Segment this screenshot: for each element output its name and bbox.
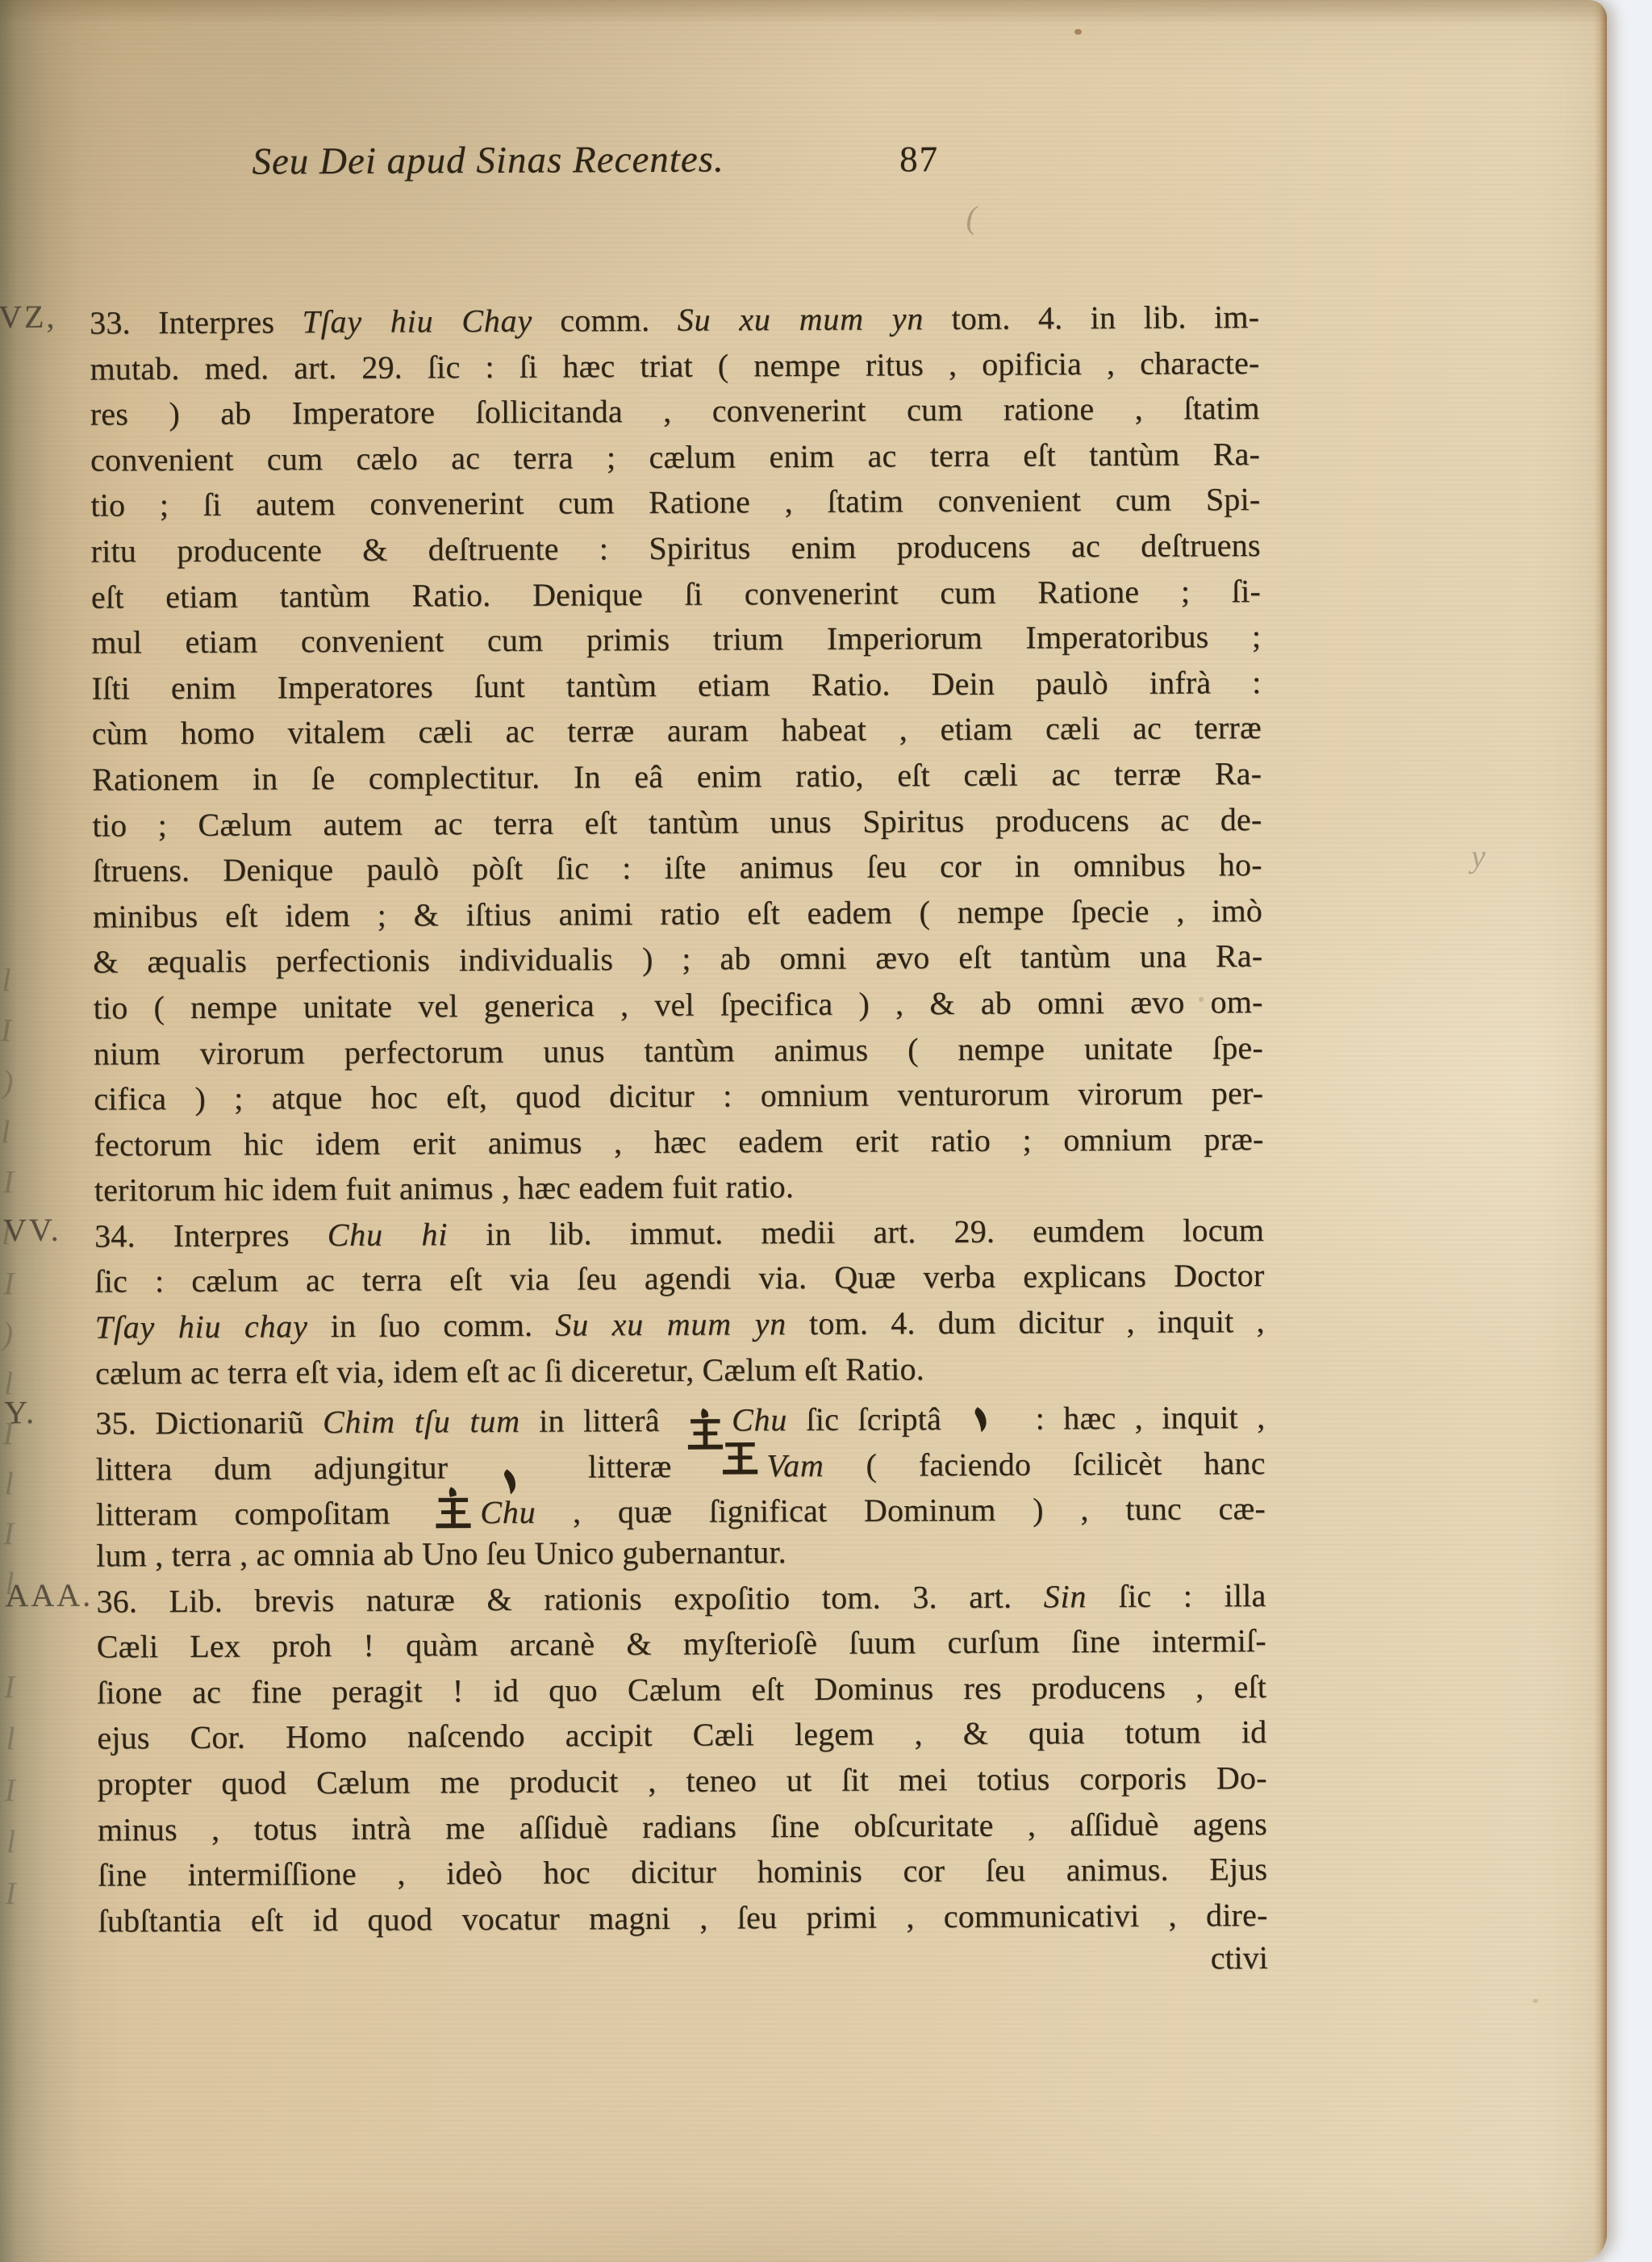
hanzi-dot-glyph xyxy=(501,1467,522,1497)
text-line: eſt etiam tantùm Ratio. Denique ſi conve… xyxy=(91,569,1261,620)
text-line: propter quod Cælum me producit , teneo u… xyxy=(98,1755,1267,1807)
running-header-title: Seu Dei apud Sinas Recentes. xyxy=(89,136,887,184)
margin-ghost-marks: (ylI)lIlI)lIlIlIlIlI xyxy=(0,0,1602,4)
text-line: ſubſtantia eſt id quod vocatur magni , ſ… xyxy=(98,1893,1267,1944)
text-block: VZ,33. Interpres Tſay hiu Chay comm. Su … xyxy=(90,294,1268,1944)
text-line: nium virorum perfectorum unus tantùm ani… xyxy=(94,1025,1263,1077)
text-run: fectorum hic idem erit animus , hæc eade… xyxy=(94,1121,1263,1163)
text-run: in litterâ xyxy=(520,1402,678,1439)
text-line: Iſti enim Imperatores ſunt tantùm etiam … xyxy=(91,660,1261,712)
hanzi-wang-glyph xyxy=(720,1433,759,1478)
text-run: Cæli Lex proh ! quàm arcanè & myſterioſè… xyxy=(97,1622,1266,1665)
margin-ghost-mark: l xyxy=(2,1214,10,1252)
margin-ghost-mark: I xyxy=(3,1264,15,1302)
paragraph: AAA.36. Lib. brevis naturæ & rationis ex… xyxy=(96,1573,1267,1944)
romanization: Tſay hiu chay xyxy=(95,1308,308,1345)
text-line: tio ; Cælum autem ac terra eſt tantùm un… xyxy=(92,797,1262,849)
romanization: Su xu mum yn xyxy=(555,1305,786,1343)
catchword: ctivi xyxy=(1211,1939,1268,1976)
text-run: convenient cum cælo ac terra ; cælum eni… xyxy=(90,436,1260,478)
text-run: ſtruens. Denique paulò pòſt ſic : iſte a… xyxy=(93,846,1262,889)
text-run: in lib. immut. medii art. 29. eumdem loc… xyxy=(448,1212,1264,1252)
text-run: minus , totus intrà me aſſiduè radians ſ… xyxy=(98,1805,1267,1848)
margin-note: VZ, xyxy=(0,298,86,336)
text-run: mutab. med. art. 29. ſic : ſi hæc triat … xyxy=(90,344,1259,387)
text-run: 33. Interpres xyxy=(90,303,302,340)
text-line: mul etiam convenient cum primis trium Im… xyxy=(91,614,1261,666)
text-run: ſic ſcriptâ xyxy=(787,1400,960,1438)
text-run: mul etiam convenient cum primis trium Im… xyxy=(91,618,1261,661)
text-run: lum , terra , ac omnia ab Uno ſeu Unico … xyxy=(96,1534,786,1573)
text-run: comm. xyxy=(532,302,678,339)
text-line: res ) ab Imperatore ſollicitanda , conve… xyxy=(90,386,1260,437)
text-line: ritu producente & deſtruente : Spiritus … xyxy=(91,523,1261,574)
running-header: Seu Dei apud Sinas Recentes. 87 xyxy=(89,135,1258,198)
romanization: Chu xyxy=(480,1494,536,1530)
text-line: ſine intermiſſione , ideò hoc dicitur ho… xyxy=(98,1847,1267,1898)
margin-ghost-mark: ( xyxy=(966,198,977,236)
text-run: 36. Lib. brevis naturæ & rationis expoſi… xyxy=(96,1578,1043,1619)
text-run: tom. 4. dum dicitur , inquit , xyxy=(786,1303,1265,1342)
margin-ghost-mark: ) xyxy=(2,1314,14,1352)
romanization: Chim tſu tum xyxy=(323,1403,520,1440)
hanzi-zhu-glyph xyxy=(686,1407,724,1452)
text-line: lum , terra , ac omnia ab Uno ſeu Unico … xyxy=(96,1527,1266,1579)
scan-background xyxy=(1604,0,1652,2262)
text-run: & æqualis perfectionis individualis ) ; … xyxy=(93,937,1262,980)
text-run: cùm homo vitalem cæli ac terræ auram hab… xyxy=(92,709,1262,752)
text-run: cælum ac terra eſt via, idem eſt ac ſi d… xyxy=(95,1350,924,1391)
text-line: tio ( nempe unitate vel generica , vel ſ… xyxy=(94,979,1263,1031)
margin-ghost-mark: I xyxy=(4,1667,15,1705)
text-run: nium virorum perfectorum unus tantùm ani… xyxy=(94,1029,1263,1072)
margin-ghost-mark: I xyxy=(5,1771,16,1809)
text-line: cælum ac terra eſt via, idem eſt ac ſi d… xyxy=(95,1345,1265,1396)
text-run: ( faciendo ſcilicèt hanc xyxy=(824,1445,1266,1484)
text-line: 36. Lib. brevis naturæ & rationis expoſi… xyxy=(96,1573,1266,1625)
text-line: ſic : cælum ac terra eſt via ſeu agendi … xyxy=(94,1253,1264,1304)
text-run: tio ; ſi autem convenerint cum Ratione ,… xyxy=(90,481,1260,524)
text-run: in ſuo comm. xyxy=(308,1307,556,1345)
text-run: minibus eſt idem ; & iſtius animi ratio … xyxy=(93,892,1262,935)
text-line: 33. Interpres Tſay hiu Chay comm. Su xu … xyxy=(90,294,1259,346)
text-run: ejus Cor. Homo naſcendo accipit Cæli leg… xyxy=(97,1713,1266,1756)
margin-note: AAA. xyxy=(5,1575,92,1614)
margin-ghost-mark: l xyxy=(2,961,10,999)
text-run: Iſti enim Imperatores ſunt tantùm etiam … xyxy=(91,664,1261,707)
text-line: 35. Dictionariũ Chim tſu tum in litterâ … xyxy=(95,1390,1265,1442)
text-line: cùm homo vitalem cæli ac terræ auram hab… xyxy=(92,705,1262,757)
text-line: teritorum hic idem fuit animus , hæc ead… xyxy=(94,1162,1264,1213)
text-run: ſic : illa xyxy=(1087,1577,1266,1614)
text-line: ejus Cor. Homo naſcendo accipit Cæli leg… xyxy=(97,1709,1266,1761)
margin-ghost-mark: ) xyxy=(2,1062,14,1100)
text-run: propter quod Cælum me producit , teneo u… xyxy=(98,1759,1267,1802)
page-number: 87 xyxy=(899,138,939,180)
text-line: 34. Interpres Chu hi in lib. immut. medi… xyxy=(94,1208,1264,1259)
scanned-book-page-screenshot: Seu Dei apud Sinas Recentes. 87 VZ,33. I… xyxy=(0,0,1652,2262)
text-line: minus , totus intrà me aſſiduè radians ſ… xyxy=(98,1801,1267,1853)
text-run: 35. Dictionariũ xyxy=(95,1404,323,1441)
text-run: ſione ac fine peragit ! id quo Cælum eſt… xyxy=(97,1668,1266,1711)
margin-ghost-mark: y xyxy=(1471,837,1486,875)
text-line: litteram compoſitam Chu , quæ ſignificat… xyxy=(96,1481,1266,1533)
margin-note: Y. xyxy=(4,1393,91,1432)
romanization: Tſay hiu Chay xyxy=(302,303,532,340)
margin-ghost-mark: I xyxy=(3,1514,15,1552)
text-run: ſic : cælum ac terra eſt via ſeu agendi … xyxy=(94,1257,1264,1300)
text-run: : hæc , inquit , xyxy=(1016,1399,1265,1437)
text-line: ſtruens. Denique paulò pòſt ſic : iſte a… xyxy=(93,842,1262,894)
paragraph: VV.34. Interpres Chu hi in lib. immut. m… xyxy=(94,1208,1265,1396)
text-run: tio ( nempe unitate vel generica , vel ſ… xyxy=(94,983,1263,1026)
text-line: ſione ac fine peragit ! id quo Cælum eſt… xyxy=(97,1664,1266,1716)
margin-ghost-mark: I xyxy=(1,1011,12,1049)
romanization: Vam xyxy=(766,1447,824,1484)
text-line: convenient cum cælo ac terra ; cælum eni… xyxy=(90,432,1260,483)
page-content: Seu Dei apud Sinas Recentes. 87 VZ,33. I… xyxy=(0,0,1607,2262)
margin-ghost-mark: I xyxy=(3,1162,15,1200)
text-run: litteræ xyxy=(546,1447,714,1484)
romanization: Chu hi xyxy=(327,1216,448,1253)
text-run: litteram compoſitam xyxy=(96,1495,428,1533)
hanzi-dot-glyph xyxy=(971,1404,992,1435)
text-line: cifica ) ; atque hoc eſt, quod dicitur :… xyxy=(94,1070,1263,1122)
text-run: eſt etiam tantùm Ratio. Denique ſi conve… xyxy=(91,573,1261,616)
margin-ghost-mark: l xyxy=(6,1719,15,1757)
text-line: & æqualis perfectionis individualis ) ; … xyxy=(93,933,1262,985)
text-line: Cæli Lex proh ! quàm arcanè & myſterioſè… xyxy=(97,1618,1266,1670)
margin-ghost-mark: I xyxy=(2,1414,14,1452)
text-line: Rationem in ſe complectitur. In eâ enim … xyxy=(92,751,1262,803)
margin-ghost-mark: l xyxy=(1,1112,10,1150)
romanization: Su xu mum yn xyxy=(678,300,924,338)
text-line: tio ; ſi autem convenerint cum Ratione ,… xyxy=(90,477,1260,528)
text-line: fectorum hic idem erit animus , hæc eade… xyxy=(94,1116,1263,1168)
margin-ghost-mark: l xyxy=(5,1564,14,1602)
margin-ghost-mark: l xyxy=(6,1822,15,1860)
text-run: ſubſtantia eſt id quod vocatur magni , ſ… xyxy=(98,1897,1267,1939)
text-run: tio ; Cælum autem ac terra eſt tantùm un… xyxy=(92,801,1262,844)
text-run: tom. 4. in lib. im- xyxy=(924,298,1259,336)
book-page: Seu Dei apud Sinas Recentes. 87 VZ,33. I… xyxy=(0,0,1607,2262)
text-run: littera dum adjungitur xyxy=(96,1449,490,1488)
text-run: 34. Interpres xyxy=(94,1217,327,1254)
margin-ghost-mark: l xyxy=(5,1464,14,1502)
text-run: cifica ) ; atque hoc eſt, quod dicitur :… xyxy=(94,1075,1263,1117)
text-run: Rationem in ſe complectitur. In eâ enim … xyxy=(92,755,1262,798)
text-run: , quæ ſignificat Dominum ) , tunc cæ- xyxy=(536,1490,1266,1530)
text-line: minibus eſt idem ; & iſtius animi ratio … xyxy=(93,888,1262,940)
text-run: ſine intermiſſione , ideò hoc dicitur ho… xyxy=(98,1851,1267,1893)
margin-ghost-mark: I xyxy=(5,1874,16,1912)
text-line: mutab. med. art. 29. ſic : ſi hæc triat … xyxy=(90,340,1259,392)
text-line: littera dum adjungitur litteræ Vam ( fac… xyxy=(95,1436,1265,1488)
paragraph: VZ,33. Interpres Tſay hiu Chay comm. Su … xyxy=(90,294,1264,1213)
text-run: res ) ab Imperatore ſollicitanda , conve… xyxy=(90,390,1260,432)
catchword-line: ctivi xyxy=(98,1939,1268,1983)
paragraph: Y.35. Dictionariũ Chim tſu tum in litter… xyxy=(95,1390,1266,1579)
hanzi-zhu-glyph xyxy=(434,1486,473,1531)
margin-note: VV. xyxy=(3,1211,90,1250)
text-run: ritu producente & deſtruente : Spiritus … xyxy=(91,527,1261,570)
text-run: teritorum hic idem fuit animus , hæc ead… xyxy=(94,1168,794,1208)
text-line: Tſay hiu chay in ſuo comm. Su xu mum yn … xyxy=(95,1299,1265,1350)
romanization: Sin xyxy=(1044,1578,1087,1614)
margin-ghost-mark: l xyxy=(4,1364,13,1402)
